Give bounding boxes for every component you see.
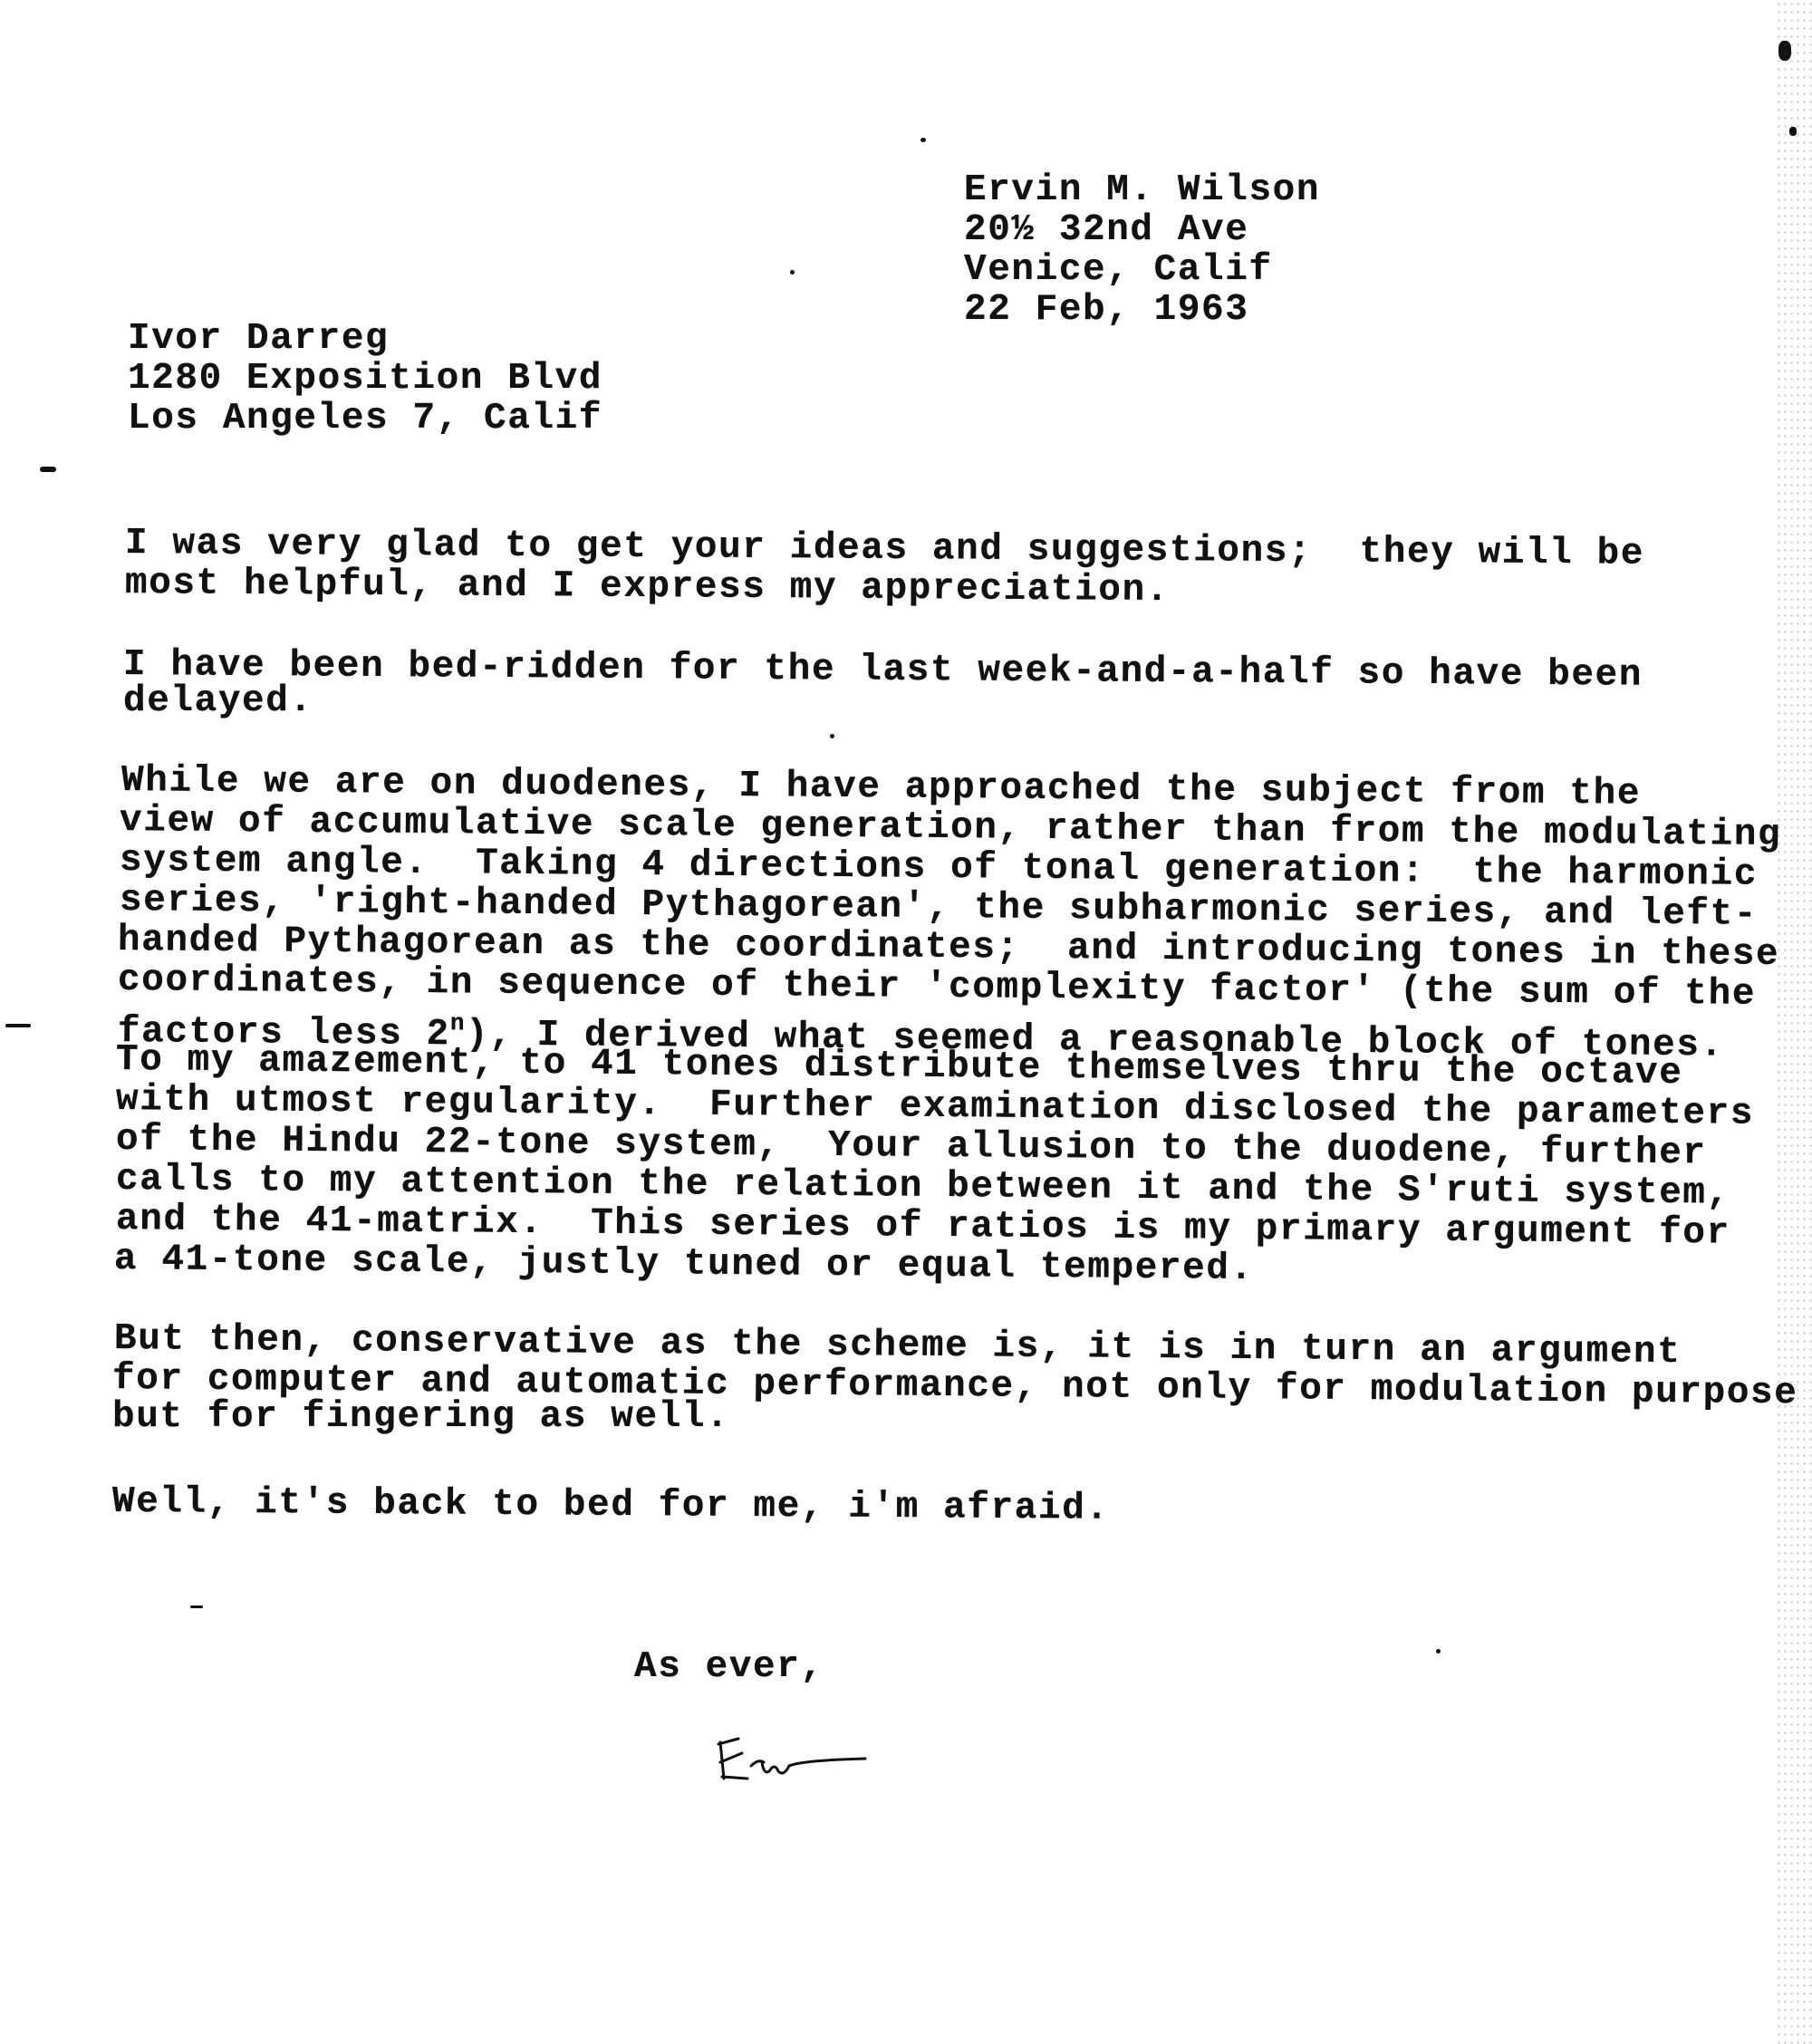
recipient-name: Ivor Darreg bbox=[128, 319, 389, 359]
scan-mark bbox=[5, 1024, 31, 1027]
body-p2-line-2: delayed. bbox=[123, 681, 313, 721]
scan-dot bbox=[920, 138, 926, 142]
closing: As ever, bbox=[634, 1647, 824, 1687]
scan-mark bbox=[190, 1605, 203, 1608]
letter-page: Ervin M. Wilson 20½ 32nd Ave Venice, Cal… bbox=[0, 0, 1812, 2044]
scan-dot bbox=[830, 734, 834, 738]
scan-edge-noise bbox=[1776, 0, 1812, 2044]
recipient-city: Los Angeles 7, Calif bbox=[128, 399, 602, 439]
scan-dot bbox=[1436, 1649, 1441, 1654]
sender-city: Venice, Calif bbox=[964, 250, 1273, 290]
body-p1-line-2: most helpful, and I express my appreciat… bbox=[125, 564, 1170, 611]
letter-date: 22 Feb, 1963 bbox=[964, 290, 1248, 330]
sender-street: 20½ 32nd Ave bbox=[964, 210, 1248, 250]
scan-dot bbox=[790, 270, 795, 275]
body-p2-line-1: I have been bed-ridden for the last week… bbox=[123, 645, 1643, 696]
body-p4-line-3: but for fingering as well. bbox=[112, 1397, 729, 1437]
signature bbox=[711, 1735, 892, 1789]
superscript-n: n bbox=[450, 1009, 466, 1036]
sender-name: Ervin M. Wilson bbox=[964, 170, 1320, 210]
recipient-street: 1280 Exposition Blvd bbox=[128, 359, 602, 399]
body-p3-line-13: a 41-tone scale, justly tuned or equal t… bbox=[114, 1239, 1254, 1289]
scan-mark bbox=[40, 467, 56, 472]
body-p5-line-1: Well, it's back to bed for me, i'm afrai… bbox=[112, 1482, 1110, 1529]
